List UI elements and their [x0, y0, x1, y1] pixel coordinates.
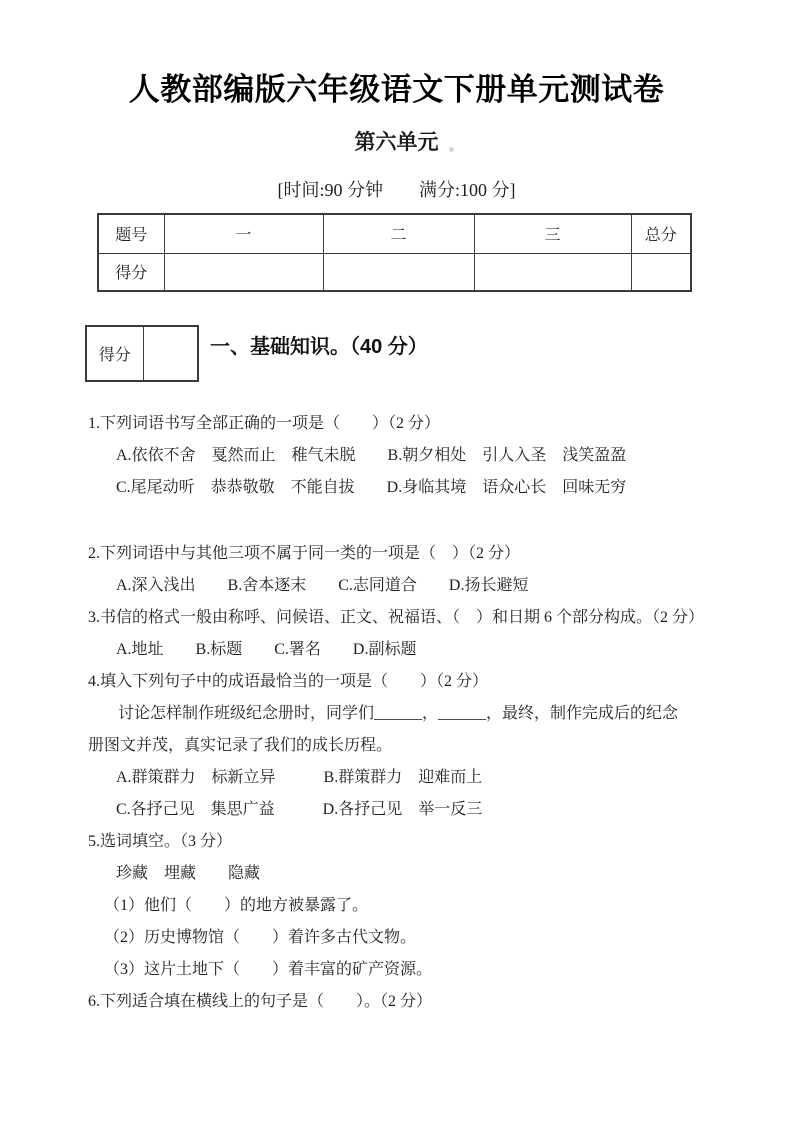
- question-5-item-1: （1）他们（ ）的地方被暴露了。: [88, 890, 728, 922]
- score-table-header-row: 题号 一 二 三 总分: [98, 214, 691, 253]
- section-one-heading: 一、基础知识。（40 分）: [210, 333, 428, 361]
- unit-subtitle: 第六单元: [0, 129, 793, 156]
- blank-line: [88, 504, 728, 538]
- score-table-col-two: 二: [323, 214, 474, 253]
- score-cell-three: [474, 253, 631, 291]
- question-2-options: A.深入浅出 B.舍本逐末 C.志同道合 D.扬长避短: [88, 570, 728, 602]
- question-4: 4.填入下列句子中的成语最恰当的一项是（ ）（2 分）: [88, 666, 728, 698]
- section-score-box-value: [143, 326, 198, 381]
- section-score-box-label: 得分: [86, 326, 143, 381]
- question-4-passage-line-1: 讨论怎样制作班级纪念册时，同学们______，______，最终，制作完成后的纪…: [88, 698, 728, 730]
- question-5-item-3: （3）这片土地下（ ）着丰富的矿产资源。: [88, 954, 728, 986]
- score-table-score-row: 得分: [98, 253, 691, 291]
- question-3-options: A.地址 B.标题 C.署名 D.副标题: [88, 634, 728, 666]
- score-table-col-three: 三: [474, 214, 631, 253]
- question-4-passage-line-2: 册图文并茂，真实记录了我们的成长历程。: [88, 730, 728, 762]
- score-table-col-total: 总分: [631, 214, 691, 253]
- score-table-col-one: 一: [164, 214, 323, 253]
- score-row-label: 得分: [98, 253, 164, 291]
- question-5-item-2: （2）历史博物馆（ ）着许多古代文物。: [88, 922, 728, 954]
- page-title: 人教部编版六年级语文下册单元测试卷: [0, 70, 793, 110]
- score-cell-total: [631, 253, 691, 291]
- stray-dot-icon: [449, 147, 454, 152]
- question-1-options-cd: C.尾尾动听 恭恭敬敬 不能自拔 D.身临其境 语众心长 回味无穷: [88, 472, 728, 504]
- time-score-line: [时间:90 分钟 满分:100 分]: [0, 178, 793, 202]
- score-table-corner-label: 题号: [98, 214, 164, 253]
- question-2: 2.下列词语中与其他三项不属于同一类的一项是（ ）（2 分）: [88, 538, 728, 570]
- question-5-word-bank: 珍藏 埋藏 隐藏: [88, 858, 728, 890]
- question-6: 6.下列适合填在横线上的句子是（ ）。（2 分）: [88, 986, 728, 1018]
- section-score-box-row: 得分: [86, 326, 198, 381]
- question-5: 5.选词填空。（3 分）: [88, 826, 728, 858]
- questions-block: 1.下列词语书写全部正确的一项是（ ）（2 分） A.依依不舍 戛然而止 稚气未…: [88, 408, 728, 1018]
- question-4-options-cd: C.各抒己见 集思广益 D.各抒己见 举一反三: [88, 794, 728, 826]
- score-cell-one: [164, 253, 323, 291]
- test-paper-page: 人教部编版六年级语文下册单元测试卷 第六单元 [时间:90 分钟 满分:100 …: [0, 0, 793, 1122]
- question-1: 1.下列词语书写全部正确的一项是（ ）（2 分）: [88, 408, 728, 440]
- question-4-options-ab: A.群策群力 标新立异 B.群策群力 迎难而上: [88, 762, 728, 794]
- question-3: 3.书信的格式一般由称呼、问候语、正文、祝福语、（ ）和日期 6 个部分构成。（…: [88, 602, 728, 634]
- section-score-box: 得分: [85, 325, 199, 382]
- question-1-options-ab: A.依依不舍 戛然而止 稚气未脱 B.朝夕相处 引人入圣 浅笑盈盈: [88, 440, 728, 472]
- score-summary-table: 题号 一 二 三 总分 得分: [97, 213, 692, 292]
- score-cell-two: [323, 253, 474, 291]
